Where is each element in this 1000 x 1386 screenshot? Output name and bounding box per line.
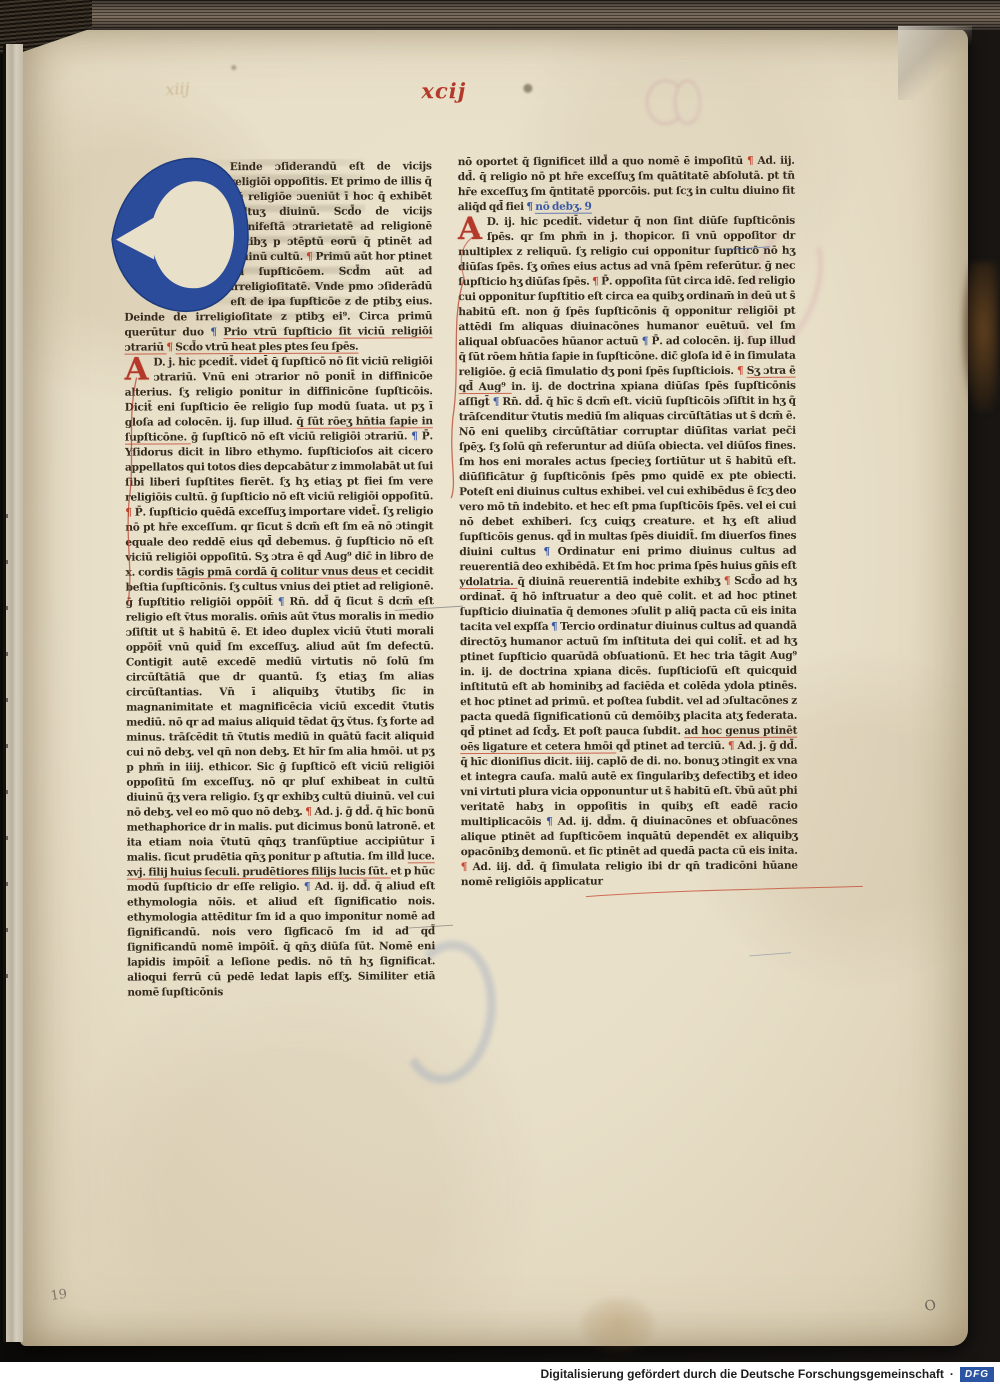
facing-page-edge-marks bbox=[3, 514, 8, 994]
footer-separator: · bbox=[950, 1367, 954, 1381]
pilcrow-mark: ¶ bbox=[493, 396, 503, 408]
text-segment: Rn̄. dd̄. q̄ hīc s̄ dcm̄ eſt. viciū ſupſ… bbox=[459, 395, 797, 558]
text-segment: nō oportet q̄ ſignificet illd̄ a quo nom… bbox=[458, 155, 747, 168]
pilcrow-mark: ¶ bbox=[166, 341, 175, 353]
text-segment: q̄ diuinā reuerentiā indebite exhibʒ bbox=[517, 575, 723, 588]
lombard-initial: A bbox=[458, 215, 487, 243]
digitized-manuscript-photo: xcij xiij 19 O Einde ɔſiderandū eſt de v… bbox=[0, 0, 1000, 1386]
footer-bar: Digitalisierung gefördert durch die Deut… bbox=[0, 1362, 1000, 1386]
text-paragraph: nō oportet q̄ ſignificet illd̄ a quo nom… bbox=[458, 154, 795, 215]
pencil-foliation: 19 bbox=[50, 1287, 69, 1304]
pencil-mark: O bbox=[923, 1297, 938, 1315]
footer-credit-text: Digitalisierung gefördert durch die Deut… bbox=[540, 1367, 943, 1381]
book-fore-edge-detail bbox=[962, 262, 998, 412]
ink-spot bbox=[523, 84, 532, 93]
text-segment: ḡ ſupſticō nō eſt viciū religiōi ɔtrariū… bbox=[191, 430, 411, 443]
text-segment: Tercio ordinatur diuinus cultus ad quand… bbox=[460, 620, 797, 738]
text-segment: tāgis pmā cordā q̄ colitur vnus deus bbox=[176, 565, 381, 579]
pilcrow-mark: ¶ bbox=[728, 740, 738, 752]
text-paragraph: AD. ij. hic pcedit̄. videtur q̄ non ſint… bbox=[458, 214, 798, 890]
faint-folio-note: xiij bbox=[165, 79, 191, 100]
text-segment: nō debʒ. 9 bbox=[535, 201, 591, 214]
dfg-logo: DFG bbox=[960, 1367, 994, 1382]
stain bbox=[579, 1295, 657, 1353]
pilcrow-mark: ¶ bbox=[461, 861, 473, 873]
book-left-page-edges bbox=[3, 44, 23, 1342]
page-corner-highlight bbox=[898, 26, 972, 100]
text-segment: Scd̄o vtrū heat ples ptes ſeu ſpēs. bbox=[175, 341, 358, 355]
pilcrow-mark: ¶ bbox=[125, 507, 135, 519]
text-column-right: nō oportet q̄ ſignificet illd̄ a quo nom… bbox=[458, 154, 798, 890]
pilcrow-mark: ¶ bbox=[278, 596, 290, 608]
manuscript-page: xcij xiij 19 O Einde ɔſiderandū eſt de v… bbox=[20, 28, 968, 1346]
text-segment: ydolatria. bbox=[460, 576, 518, 589]
folio-number: xcij bbox=[421, 78, 466, 103]
lombard-initial: A bbox=[125, 355, 154, 383]
text-segment: Rn̄. dd̄ q̄ ſicut s̄ dcm̄ eſt religio eſ… bbox=[126, 595, 435, 818]
book-top-edge bbox=[0, 0, 1000, 30]
text-segment: Ad. iij. dd̄. q̄ ſimulata religio ibi dr… bbox=[461, 860, 798, 888]
pilcrow-mark: ¶ bbox=[546, 816, 557, 828]
pilcrow-mark: ¶ bbox=[543, 546, 557, 558]
pilcrow-mark: ¶ bbox=[592, 276, 601, 288]
text-paragraph: AD. j. hic pcedit̄. videt̄ q̄ ſupſticō n… bbox=[125, 354, 436, 1000]
page-content: xcij xiij 19 O Einde ɔſiderandū eſt de v… bbox=[17, 26, 971, 1348]
pilcrow-mark: ¶ bbox=[305, 806, 314, 818]
text-segment: Ad. ij. dd̄. q̄ aliud eſt ethymologia nō… bbox=[127, 880, 435, 998]
pilcrow-mark: ¶ bbox=[724, 575, 734, 587]
pilcrow-mark: ¶ bbox=[642, 335, 652, 347]
pilcrow-mark: ¶ bbox=[737, 365, 747, 377]
illuminated-initial-D bbox=[110, 153, 253, 316]
pilcrow-mark: ¶ bbox=[304, 881, 315, 893]
verso-showthrough-mark-top bbox=[645, 79, 715, 125]
ink-spot bbox=[231, 65, 236, 70]
pilcrow-mark: ¶ bbox=[747, 155, 758, 167]
text-segment: qd̄ ptinet ad terciū. bbox=[616, 740, 728, 752]
pilcrow-mark: ¶ bbox=[411, 430, 422, 442]
text-segment: Einde ɔſiderandū eſt de vicijs religiōi … bbox=[230, 160, 432, 263]
pilcrow-mark: ¶ bbox=[210, 326, 223, 338]
